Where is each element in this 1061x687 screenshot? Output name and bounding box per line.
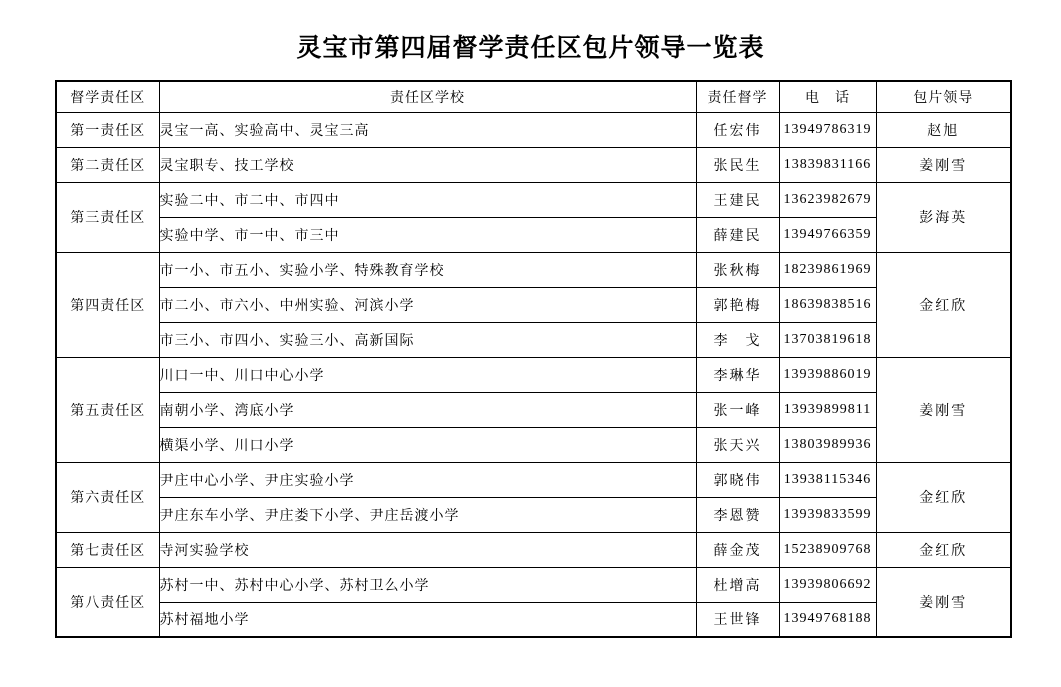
- supervisor-cell: 张一峰: [696, 392, 779, 427]
- supervisor-cell: 郭艳梅: [696, 287, 779, 322]
- supervisor-cell: 张民生: [696, 147, 779, 182]
- phone-cell: 13939886019: [779, 357, 876, 392]
- supervision-leaders-table: 督学责任区 责任区学校 责任督学 电 话 包片领导 第一责任区灵宝一高、实验高中…: [55, 80, 1012, 638]
- schools-cell: 川口一中、川口中心小学: [159, 357, 696, 392]
- phone-cell: 13939899811: [779, 392, 876, 427]
- table-row: 第一责任区灵宝一高、实验高中、灵宝三高任宏伟13949786319赵旭: [56, 112, 1011, 147]
- table-row: 第七责任区寺河实验学校薛金茂15238909768金红欣: [56, 532, 1011, 567]
- phone-cell: 13949768188: [779, 602, 876, 637]
- area-cell: 第七责任区: [56, 532, 159, 567]
- header-area-schools: 责任区学校: [159, 81, 696, 112]
- phone-cell: 18639838516: [779, 287, 876, 322]
- phone-cell: 13939806692: [779, 567, 876, 602]
- supervisor-cell: 杜增高: [696, 567, 779, 602]
- supervisor-cell: 王世锋: [696, 602, 779, 637]
- leader-cell: 金红欣: [876, 252, 1011, 357]
- table-row: 市三小、市四小、实验三小、高新国际李 戈13703819618: [56, 322, 1011, 357]
- phone-cell: 13703819618: [779, 322, 876, 357]
- leader-cell: 金红欣: [876, 532, 1011, 567]
- schools-cell: 横渠小学、川口小学: [159, 427, 696, 462]
- table-row: 第五责任区川口一中、川口中心小学李琳华13939886019姜刚雪: [56, 357, 1011, 392]
- header-row: 督学责任区 责任区学校 责任督学 电 话 包片领导: [56, 81, 1011, 112]
- supervisor-cell: 王建民: [696, 182, 779, 217]
- phone-cell: 13623982679: [779, 182, 876, 217]
- schools-cell: 灵宝一高、实验高中、灵宝三高: [159, 112, 696, 147]
- supervisor-cell: 郭晓伟: [696, 462, 779, 497]
- area-cell: 第二责任区: [56, 147, 159, 182]
- table-row: 第八责任区苏村一中、苏村中心小学、苏村卫么小学杜增高13939806692姜刚雪: [56, 567, 1011, 602]
- schools-cell: 寺河实验学校: [159, 532, 696, 567]
- table-row: 实验中学、市一中、市三中薛建民13949766359: [56, 217, 1011, 252]
- supervisor-cell: 张秋梅: [696, 252, 779, 287]
- schools-cell: 苏村福地小学: [159, 602, 696, 637]
- phone-cell: 13949786319: [779, 112, 876, 147]
- leader-cell: 金红欣: [876, 462, 1011, 532]
- table-row: 横渠小学、川口小学张天兴13803989936: [56, 427, 1011, 462]
- header-phone: 电 话: [779, 81, 876, 112]
- leader-cell: 彭海英: [876, 182, 1011, 252]
- supervisor-cell: 张天兴: [696, 427, 779, 462]
- phone-cell: 18239861969: [779, 252, 876, 287]
- area-cell: 第六责任区: [56, 462, 159, 532]
- schools-cell: 市三小、市四小、实验三小、高新国际: [159, 322, 696, 357]
- schools-cell: 苏村一中、苏村中心小学、苏村卫么小学: [159, 567, 696, 602]
- table-row: 第三责任区实验二中、市二中、市四中王建民13623982679彭海英: [56, 182, 1011, 217]
- schools-cell: 市一小、市五小、实验小学、特殊教育学校: [159, 252, 696, 287]
- supervisor-cell: 李琳华: [696, 357, 779, 392]
- leader-cell: 姜刚雪: [876, 357, 1011, 462]
- schools-cell: 尹庄中心小学、尹庄实验小学: [159, 462, 696, 497]
- schools-cell: 灵宝职专、技工学校: [159, 147, 696, 182]
- supervisor-cell: 李 戈: [696, 322, 779, 357]
- leader-cell: 姜刚雪: [876, 567, 1011, 637]
- table-row: 尹庄东车小学、尹庄娄下小学、尹庄岳渡小学李恩赞13939833599: [56, 497, 1011, 532]
- phone-cell: 13939833599: [779, 497, 876, 532]
- page-title: 灵宝市第四届督学责任区包片领导一览表: [0, 28, 1061, 64]
- table-row: 第六责任区尹庄中心小学、尹庄实验小学郭晓伟13938115346金红欣: [56, 462, 1011, 497]
- table-row: 第四责任区市一小、市五小、实验小学、特殊教育学校张秋梅18239861969金红…: [56, 252, 1011, 287]
- header-area-leader: 包片领导: [876, 81, 1011, 112]
- area-cell: 第一责任区: [56, 112, 159, 147]
- phone-cell: 13803989936: [779, 427, 876, 462]
- schools-cell: 实验中学、市一中、市三中: [159, 217, 696, 252]
- phone-cell: 13949766359: [779, 217, 876, 252]
- supervisor-cell: 薛建民: [696, 217, 779, 252]
- leader-cell: 赵旭: [876, 112, 1011, 147]
- area-cell: 第四责任区: [56, 252, 159, 357]
- supervisor-cell: 薛金茂: [696, 532, 779, 567]
- table-row: 南朝小学、湾底小学张一峰13939899811: [56, 392, 1011, 427]
- schools-cell: 市二小、市六小、中州实验、河滨小学: [159, 287, 696, 322]
- supervisor-cell: 李恩赞: [696, 497, 779, 532]
- phone-cell: 13839831166: [779, 147, 876, 182]
- supervisor-cell: 任宏伟: [696, 112, 779, 147]
- table-row: 第二责任区灵宝职专、技工学校张民生13839831166姜刚雪: [56, 147, 1011, 182]
- area-cell: 第五责任区: [56, 357, 159, 462]
- document-page: 灵宝市第四届督学责任区包片领导一览表 督学责任区 责任区学校 责任督学 电 话 …: [0, 0, 1061, 687]
- table-row: 苏村福地小学王世锋13949768188: [56, 602, 1011, 637]
- schools-cell: 南朝小学、湾底小学: [159, 392, 696, 427]
- header-supervisor: 责任督学: [696, 81, 779, 112]
- area-cell: 第八责任区: [56, 567, 159, 637]
- area-cell: 第三责任区: [56, 182, 159, 252]
- schools-cell: 尹庄东车小学、尹庄娄下小学、尹庄岳渡小学: [159, 497, 696, 532]
- phone-cell: 13938115346: [779, 462, 876, 497]
- header-supervision-area: 督学责任区: [56, 81, 159, 112]
- phone-cell: 15238909768: [779, 532, 876, 567]
- leader-cell: 姜刚雪: [876, 147, 1011, 182]
- table-row: 市二小、市六小、中州实验、河滨小学郭艳梅18639838516: [56, 287, 1011, 322]
- schools-cell: 实验二中、市二中、市四中: [159, 182, 696, 217]
